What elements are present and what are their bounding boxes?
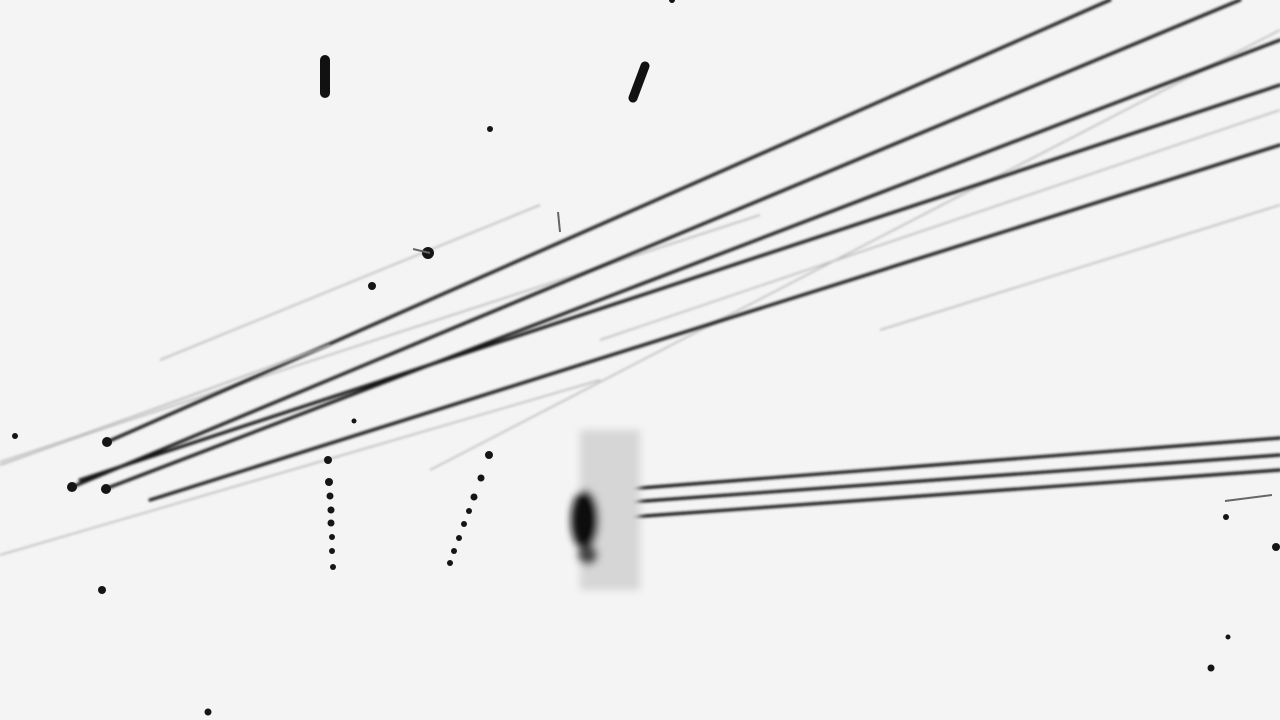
track-source-blob <box>571 430 640 590</box>
particle-tracks-image <box>0 0 1280 720</box>
background <box>0 0 1280 720</box>
